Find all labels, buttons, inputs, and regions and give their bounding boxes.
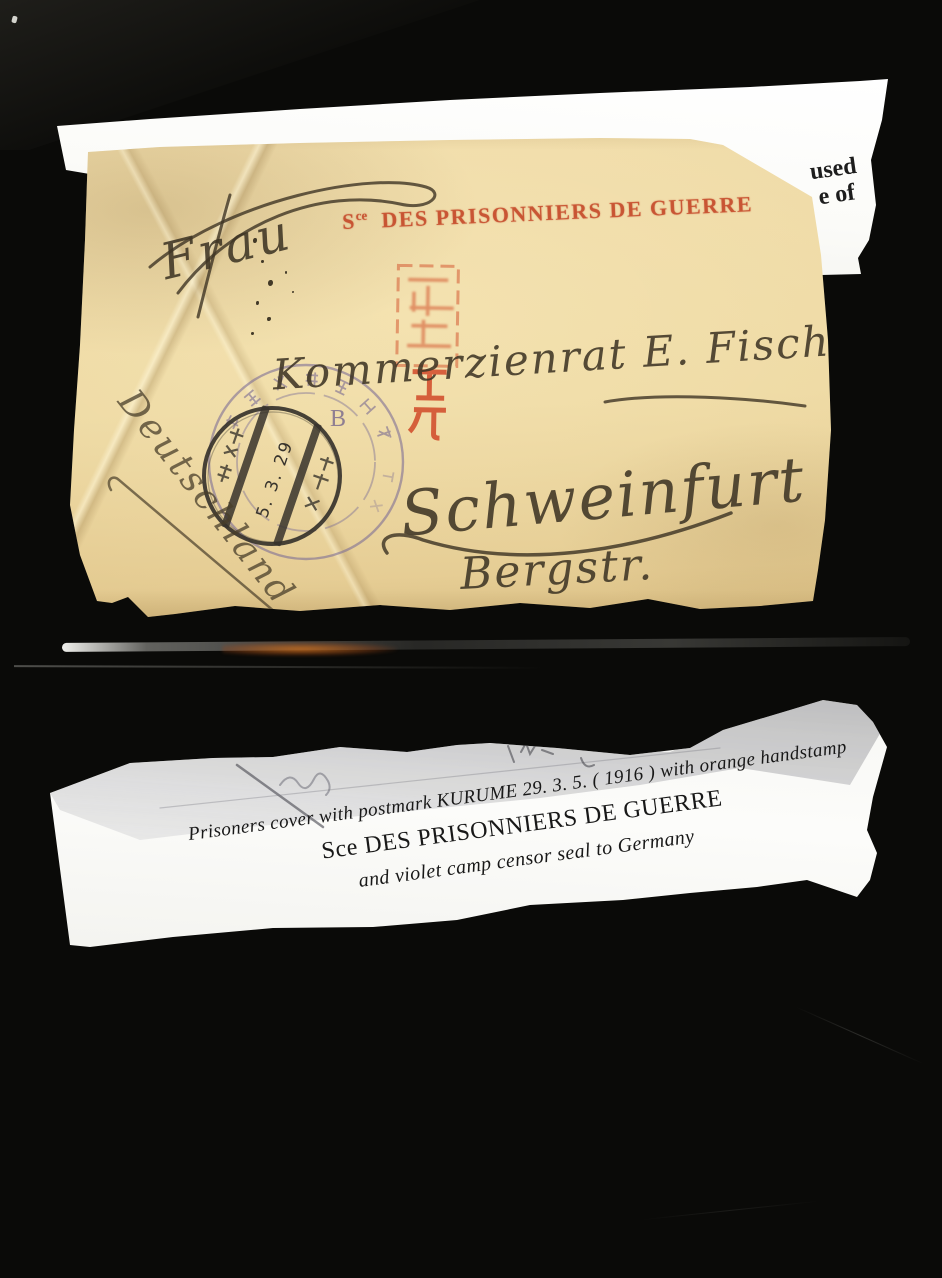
- page-edge-secondary-line: [14, 665, 544, 669]
- page-edge-orange-reflection: [222, 642, 397, 656]
- salutation-flourish: [110, 165, 460, 325]
- country-flourish: [97, 468, 282, 618]
- scratch-mark: [796, 1007, 924, 1065]
- street-handwriting: Bergstr.: [459, 539, 655, 600]
- address-underline: [600, 388, 815, 418]
- envelope: Sce DES PRISONNIERS DE GUERRE: [55, 130, 840, 625]
- page-edge-highlight: [62, 637, 910, 652]
- bottom-torn-paper: Prisoners cover with postmark KURUME 29.…: [40, 690, 900, 960]
- scratch-mark: [640, 1201, 819, 1221]
- address-name-handwriting: Kommerzienrat E. Fischer: [271, 313, 881, 399]
- album-page-scan: used e of Sce DES PRISONNIERS DE GUERRE: [0, 0, 942, 1278]
